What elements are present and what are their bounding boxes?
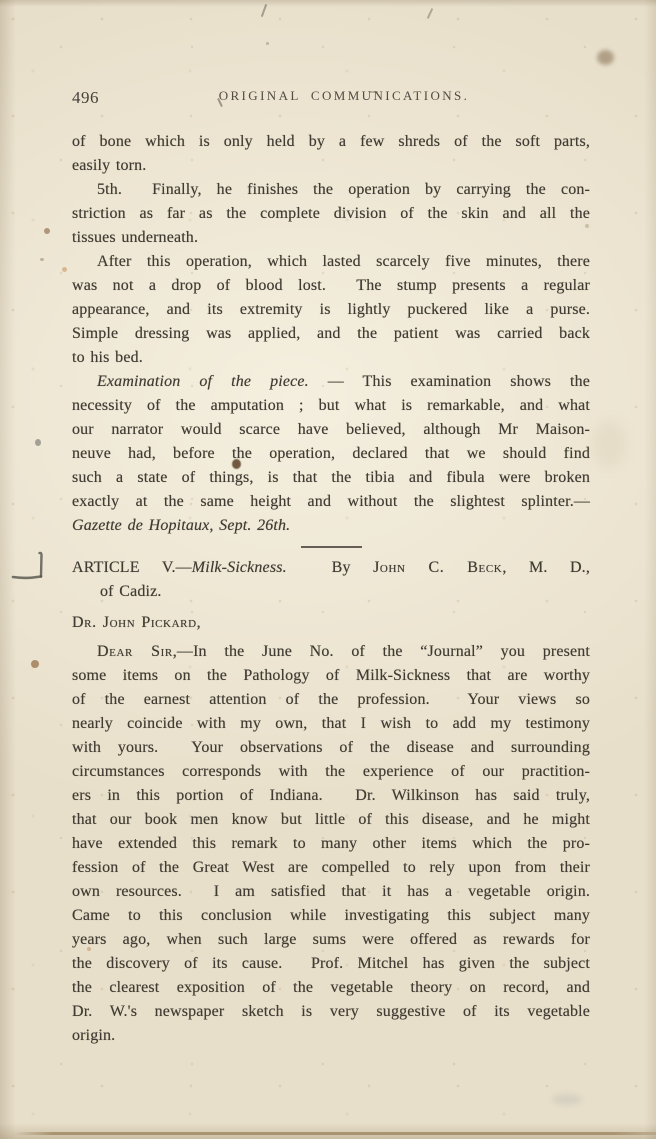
paragraph-bone-continuation: of bone which is only held by a few shre… [72, 130, 590, 178]
text-line: Dear Sir,—In the June No. of the “Journa… [72, 640, 590, 664]
text-line: some items on the Pathology of Milk-Sick… [72, 664, 590, 688]
letter-body-paragraph: Dear Sir,—In the June No. of the “Journa… [72, 640, 590, 1048]
text-line: striction as far as the complete divisio… [72, 202, 590, 226]
text-line: with yours. Your observations of the dis… [72, 736, 590, 760]
text-line: own resources. I am satisfied that it ha… [72, 880, 590, 904]
text-line: 5th. Finally, he finishes the operation … [72, 178, 590, 202]
text-line: circumstances corresponds with the exper… [72, 760, 590, 784]
text-line: have extended this remark to many other … [72, 832, 590, 856]
paper-speck [35, 439, 41, 446]
running-header-title: ORIGINAL COMMUNICATIONS. [72, 88, 590, 104]
text-line: that our book men know but little of thi… [72, 808, 590, 832]
text-line: Simple dressing was applied, and the pat… [72, 322, 590, 346]
text-line: appearance, and its extremity is lightly… [72, 298, 590, 322]
paragraph-step-5th: 5th. Finally, he finishes the operation … [72, 178, 590, 250]
section-divider-rule [301, 546, 362, 548]
text-line: nearly coincide with my own, that I wish… [72, 712, 590, 736]
text-line: years ago, when such large sums were off… [72, 928, 590, 952]
paper-speck [62, 267, 67, 272]
text-line: our narrator would scarce have believed,… [72, 418, 590, 442]
paper-speck [31, 660, 39, 668]
text-line: exactly at the same height and without t… [72, 490, 590, 514]
text-line: Dr. John Pickard, [72, 611, 590, 635]
paragraph-examination-of-piece: Examination of the piece. — This examina… [72, 370, 590, 538]
text-line: necessity of the amputation ; but what i… [72, 394, 590, 418]
text-line: of the earnest attention of the professi… [72, 688, 590, 712]
text-line: Dr. W.'s newspaper sketch is very sugges… [72, 1000, 590, 1024]
paper-speck [40, 258, 44, 261]
paper-smudge [552, 1094, 582, 1105]
text-line: of Cadiz. [72, 580, 590, 604]
text-line: the discovery of its cause. Prof. Mitche… [72, 952, 590, 976]
paper-speck [44, 228, 50, 234]
stray-pen-mark [427, 8, 433, 19]
text-line: Gazette de Hopitaux, Sept. 26th. [72, 514, 590, 538]
text-line: ARTICLE V.—Milk-Sickness. By John C. Bec… [72, 556, 590, 580]
text-line: was not a drop of blood lost. The stump … [72, 274, 590, 298]
stray-pen-mark [261, 4, 267, 17]
margin-pencil-mark [10, 549, 54, 583]
text-line: Examination of the piece. — This examina… [72, 370, 590, 394]
text-line: neuve had, before the operation, declare… [72, 442, 590, 466]
article-v-heading: ARTICLE V.—Milk-Sickness. By John C. Bec… [72, 556, 590, 604]
text-line: tissues underneath. [72, 226, 590, 250]
text-line: such a state of things, is that the tibi… [72, 466, 590, 490]
salutation-dr-john-pickard: Dr. John Pickard, [72, 611, 590, 635]
text-line: of bone which is only held by a few shre… [72, 130, 590, 154]
text-line: easily torn. [72, 154, 590, 178]
paper-stain [592, 420, 626, 468]
page-number: 496 [72, 88, 99, 108]
page-edge-shadow [14, 1132, 656, 1135]
text-line: origin. [72, 1024, 590, 1048]
text-line: fession of the Great West are compelled … [72, 856, 590, 880]
text-line: Came to this conclusion while investigat… [72, 904, 590, 928]
paragraph-after-operation: After this operation, which lasted scarc… [72, 250, 590, 370]
scanned-journal-page: 496 ORIGINAL COMMUNICATIONS. of bone whi… [0, 0, 656, 1139]
text-line: to his bed. [72, 346, 590, 370]
running-header: 496 ORIGINAL COMMUNICATIONS. [72, 88, 590, 108]
text-line: ers in this portion of Indiana. Dr. Wilk… [72, 784, 590, 808]
text-line: After this operation, which lasted scarc… [72, 250, 590, 274]
paper-speck [266, 42, 269, 45]
text-column: of bone which is only held by a few shre… [72, 130, 590, 1048]
text-line: the clearest exposition of the vegetable… [72, 976, 590, 1000]
paper-stain [597, 50, 614, 65]
